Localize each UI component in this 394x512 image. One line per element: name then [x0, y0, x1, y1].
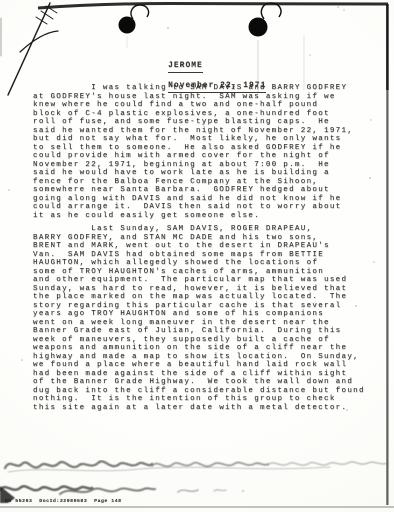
- paragraph-2: Last Sunday, SAM DAVIS, ROGER DRAPEAU, B…: [33, 225, 383, 412]
- scanned-document-page: JEROME November 22, 1971 I was talking t…: [0, 0, 394, 512]
- archive-footer-text: HW 55263 DocId:32989583 Page 148: [5, 499, 122, 504]
- paragraph-1: I was talking to SAM DAVIS and BARRY GOD…: [33, 84, 383, 220]
- document-title: JEROME: [168, 62, 203, 73]
- document-body: I was talking to SAM DAVIS and BARRY GOD…: [33, 84, 383, 412]
